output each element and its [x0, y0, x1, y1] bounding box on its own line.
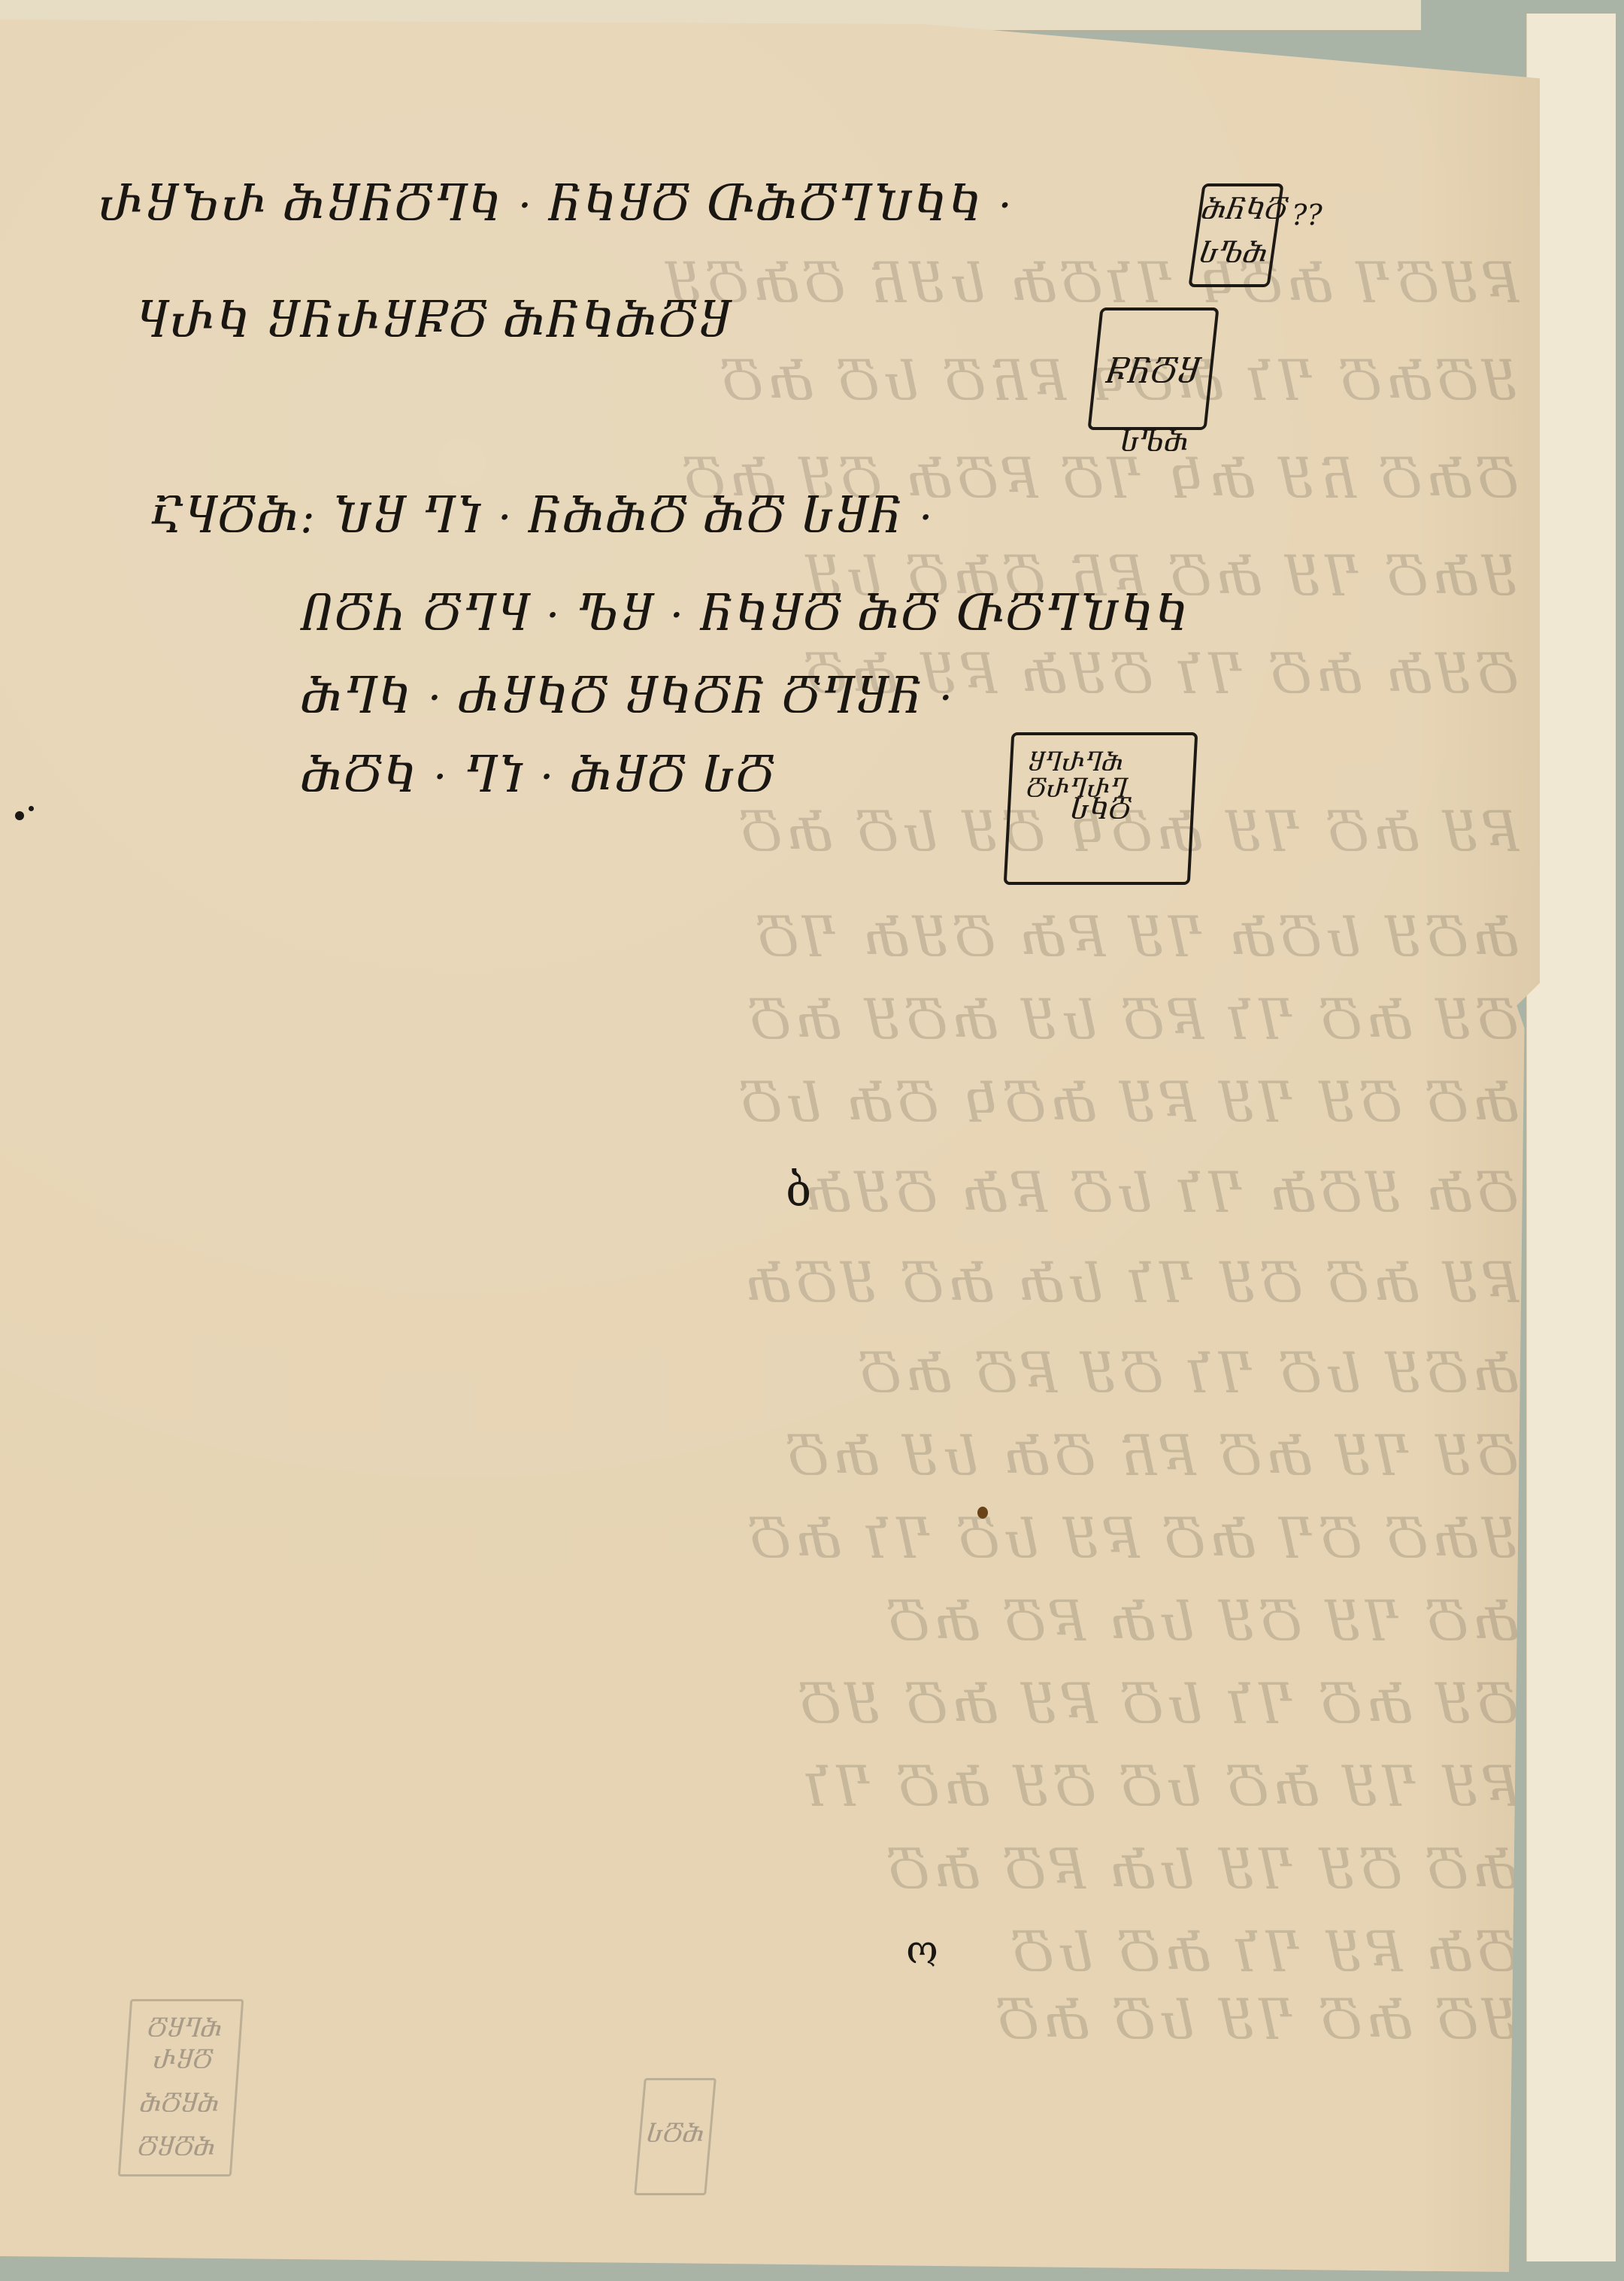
bleed-through-line: ႣႸ ႫႣ ႤႨ ႱႣ ႼႸ ႫႣ ႸႣ [30, 1680, 1519, 1735]
bleed-through-line: ႫႣႸ ႱႣ ႤႨ ႣႸ ႼႣ ႫႣ [30, 1349, 1519, 1404]
bleed-through-line: ႣႫ ႼႸ ႤႨ ႫႣ ႱႣ [30, 1928, 1519, 1983]
ink-line-1: ႰႸႦႰ ႫႸႬႣႤႩ · ႬႩႸႣ ႧႫႣႤႮႩႩ · [98, 180, 1013, 231]
bleed-through-line: ႼႸ ႫႣ ႤႸ ႫႣႩ ႣႸ ႱႣ ႫႣ [30, 807, 1519, 863]
pencil-box-1-line2: ႰႸႣ [127, 2048, 238, 2074]
annotation-box-1-line1: ႫႬႩႣ [1200, 195, 1280, 226]
bleed-through-line: ႸႣႫႣ ႤႨ ႫႣႩ ႼႬႣ ႱႣ ႫႣ [30, 356, 1519, 412]
pencil-box-2: ႱႣႫ [634, 2078, 717, 2195]
bleed-through-line: ႣႫ ႸႣႫ ႤႨ ႱႣ ႼႫ ႣႸႫ [30, 1168, 1519, 1224]
annotation-box-1: ႫႬႩႣ ႱႪႫ [1188, 183, 1283, 287]
ink-line-6: ႫႣႩ · ႤႨ · ႫႸႣ ႱႣ [301, 751, 775, 802]
bleed-through-line: ႸႫႣ ႣႤ ႫႣ ႼႸ ႱႣ ႤႨ ႫႣ [30, 1514, 1519, 1570]
ink-line-5: ႫႤႩ · ႻႸႩႣ ႸႩႣႬ ႣႤႸႬ · [301, 672, 954, 723]
lower-ink-mark: ო [906, 1928, 938, 1973]
annotation-box-2-below: ႱႪႫ [1120, 428, 1189, 458]
ink-speck [15, 811, 24, 820]
pencil-box-1-line4: ႣႸႣႫ [121, 2135, 232, 2161]
pencil-box-2-line1: ႱႣႫ [641, 2122, 710, 2148]
bleed-through-line: ႸႣ ႫႣ ႤႸ ႱႣ ႫႣ [30, 1995, 1519, 2051]
annotation-box-3: ႸႤႰႤႫ ႣႰႤႰႤ ႱႩႣ [1004, 732, 1198, 885]
bleed-through-line: ႫႣႸ ႱႣႫ ႤႸ ႼႫ ႣႸႫ ႤႣ [30, 913, 1519, 968]
bleed-through-line: ႫႣ ႣႸ ႤႸ ႱႫ ႼႣ ႫႣ [30, 1845, 1519, 1901]
question-marks: ?? [1292, 198, 1323, 232]
bleed-through-line: ႫႣ ႤႸ ႣႸ ႱႫ ႼႣ ႫႣ [30, 1597, 1519, 1652]
bleed-through-line: ႣႸ ႫႣ ႤႨ ႼႣ ႱႸ ႫႣႸ ႫႣ [30, 995, 1519, 1051]
ink-line-4: ႶႣႹ ႣႤႷ · ႪႸ · ႬႩႸႣ ႫႣ ႧႣႤႮႩႩ [301, 589, 1189, 641]
bleed-through-line: ႼႸ ႫႣ ႣႸ ႤႨ ႱႫ ႫႣ ႸႣႫ [30, 1259, 1519, 1314]
pencil-box-1-line1: ႣႸႤႫ [129, 2016, 240, 2043]
ink-line-3: ႠႷႣႫ: ႮႸ ႤႨ · ႬႫႫႣ ႫႣ ႱႸႬ · [150, 492, 934, 543]
brown-stain [977, 1507, 988, 1519]
annotation-box-3-line2: ႱႩႣ [1010, 795, 1192, 825]
bleed-through-line: ႣႸ ႤႸ ႫႣ ႼႬ ႣႫ ႱႸ ႫႣ [30, 1431, 1519, 1487]
ink-speck [29, 806, 34, 811]
manuscript-page: ႼႸႣႤ ႫႣႩ ႤႨႣႫ ႱႸႬ ႣႫႣႸ ႸႣႫႣ ႤႨ ႫႣႩ ႼႬႣ Ⴑ… [0, 11, 1540, 2272]
bleed-through-line: ႼႸ ႤႸ ႫႣ ႱႣ ႣႸ ႫႣ ႤႨ [30, 1762, 1519, 1818]
pencil-box-1-line3: ႫႣႸႫ [124, 2092, 235, 2118]
annotation-box-2-line1: ႼႬႣႸ [1095, 356, 1211, 390]
ink-line-2: ႷႰႩ ႸႬႰႸႼႣ ႫႬႩႫႣႸ [135, 296, 732, 347]
bleed-through-line: ႫႣ ႣႸ ႤႸ ႼႸ ႫႣႩ ႣႫ ႱႣ [30, 1078, 1519, 1134]
annotation-box-1-line2: ႱႪႫ [1194, 239, 1274, 269]
annotation-box-2: ႼႬႣႸ [1087, 307, 1219, 430]
center-ink-mark: ბ [786, 1165, 811, 1217]
pencil-box-1: ႣႸႤႫ ႰႸႣ ႫႣႸႫ ႣႸႣႫ [118, 1999, 244, 2176]
